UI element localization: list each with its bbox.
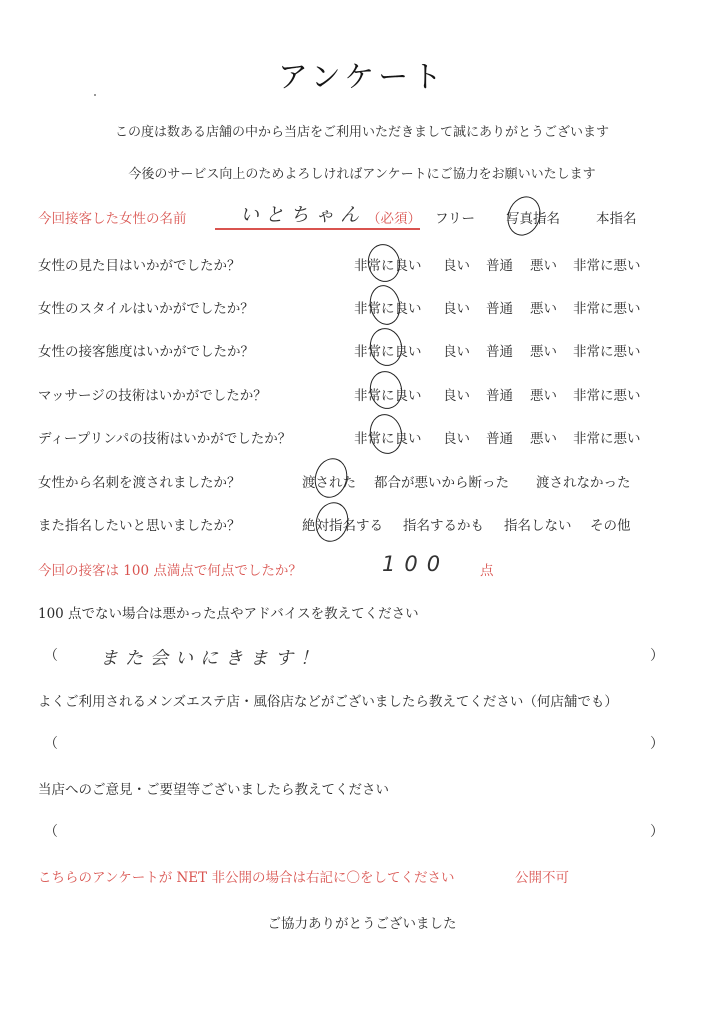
feedback-question: 当店へのご意見・ご要望等ございましたら教えてください <box>38 778 389 798</box>
open-paren: （ <box>44 645 58 665</box>
advice-question: 100 点でない場合は悪かった点やアドバイスを教えてください <box>38 602 419 622</box>
option-free[interactable]: フリー <box>435 207 475 227</box>
repeat-question: また指名したいと思いましたか？ <box>38 514 241 534</box>
selection-circle <box>310 455 351 502</box>
rating-option-average[interactable]: 普通 <box>486 384 513 404</box>
rating-option-very-bad[interactable]: 非常に悪い <box>573 254 641 274</box>
rating-option-average[interactable]: 普通 <box>486 340 513 360</box>
rating-option-average[interactable]: 普通 <box>486 297 513 317</box>
rating-question: 女性の接客態度はいかがでしたか？ <box>38 340 254 360</box>
rating-option-bad[interactable]: 悪い <box>530 384 557 404</box>
page-title: アンケート <box>0 52 724 96</box>
rating-question: 女性のスタイルはいかがでしたか？ <box>38 297 254 317</box>
selection-circle <box>366 411 406 457</box>
advice-input[interactable]: また会いにきます！ <box>100 644 325 670</box>
rating-option-bad[interactable]: 悪い <box>530 340 557 360</box>
selection-circle <box>502 192 546 241</box>
repeat-option-no[interactable]: 指名しない <box>504 514 572 534</box>
rating-option-very-bad[interactable]: 非常に悪い <box>573 297 641 317</box>
option-main-nomination[interactable]: 本指名 <box>596 207 637 227</box>
rating-option-good[interactable]: 良い <box>443 254 470 274</box>
other-shops-input[interactable] <box>100 733 640 753</box>
rating-option-bad[interactable]: 悪い <box>530 254 557 274</box>
intro-line-2: 今後のサービス向上のためよろしければアンケートにご協力をお願いいたします <box>0 163 724 182</box>
privacy-label: こちらのアンケートが NET 非公開の場合は右記に〇をしてください <box>38 866 454 886</box>
selection-circle <box>366 325 405 369</box>
rating-option-very-bad[interactable]: 非常に悪い <box>573 427 641 447</box>
name-underline <box>215 228 420 230</box>
close-paren: ） <box>650 645 664 665</box>
rating-option-bad[interactable]: 悪い <box>530 427 557 447</box>
card-question: 女性から名刺を渡されましたか？ <box>38 471 241 491</box>
intro-line-1: この度は数ある店舗の中から当店をご利用いただきまして誠にありがとうございます <box>0 121 724 140</box>
score-input[interactable]: 100 <box>382 552 449 576</box>
name-input[interactable]: いとちゃん <box>240 200 365 227</box>
repeat-option-maybe[interactable]: 指名するかも <box>403 514 484 534</box>
rating-question: 女性の見た目はいかがでしたか？ <box>38 254 241 274</box>
rating-option-average[interactable]: 普通 <box>486 254 513 274</box>
privacy-option-private[interactable]: 公開不可 <box>515 866 569 886</box>
repeat-option-other[interactable]: その他 <box>590 514 631 534</box>
score-question: 今回の接客は 100 点満点で何点でしたか？ <box>38 559 302 579</box>
feedback-input[interactable] <box>100 821 640 841</box>
rating-option-good[interactable]: 良い <box>443 340 470 360</box>
name-label: 今回接客した女性の名前 <box>38 207 187 227</box>
selection-circle <box>364 241 403 285</box>
close-paren: ） <box>650 733 664 753</box>
rating-option-good[interactable]: 良い <box>443 297 470 317</box>
open-paren: （ <box>44 821 58 841</box>
selection-circle <box>366 282 404 327</box>
other-shops-question: よくご利用されるメンズエステ店・風俗店などがございましたら教えてください（何店舗… <box>38 690 618 710</box>
score-unit: 点 <box>480 559 494 579</box>
rating-question: マッサージの技術はいかがでしたか？ <box>38 384 267 404</box>
rating-option-good[interactable]: 良い <box>443 384 470 404</box>
card-option-declined[interactable]: 都合が悪いから断った <box>374 471 509 491</box>
selection-circle <box>366 368 405 412</box>
closing-message: ご協力ありがとうございました <box>0 912 724 932</box>
rating-option-average[interactable]: 普通 <box>486 427 513 447</box>
selection-circle <box>311 499 352 546</box>
required-label: （必須） <box>367 207 421 227</box>
card-option-not-received[interactable]: 渡されなかった <box>536 471 631 491</box>
open-paren: （ <box>44 733 58 753</box>
rating-option-bad[interactable]: 悪い <box>530 297 557 317</box>
rating-option-very-bad[interactable]: 非常に悪い <box>573 384 641 404</box>
close-paren: ） <box>650 821 664 841</box>
rating-question: ディープリンパの技術はいかがでしたか？ <box>38 427 291 447</box>
rating-option-good[interactable]: 良い <box>443 427 470 447</box>
rating-option-very-bad[interactable]: 非常に悪い <box>573 340 641 360</box>
